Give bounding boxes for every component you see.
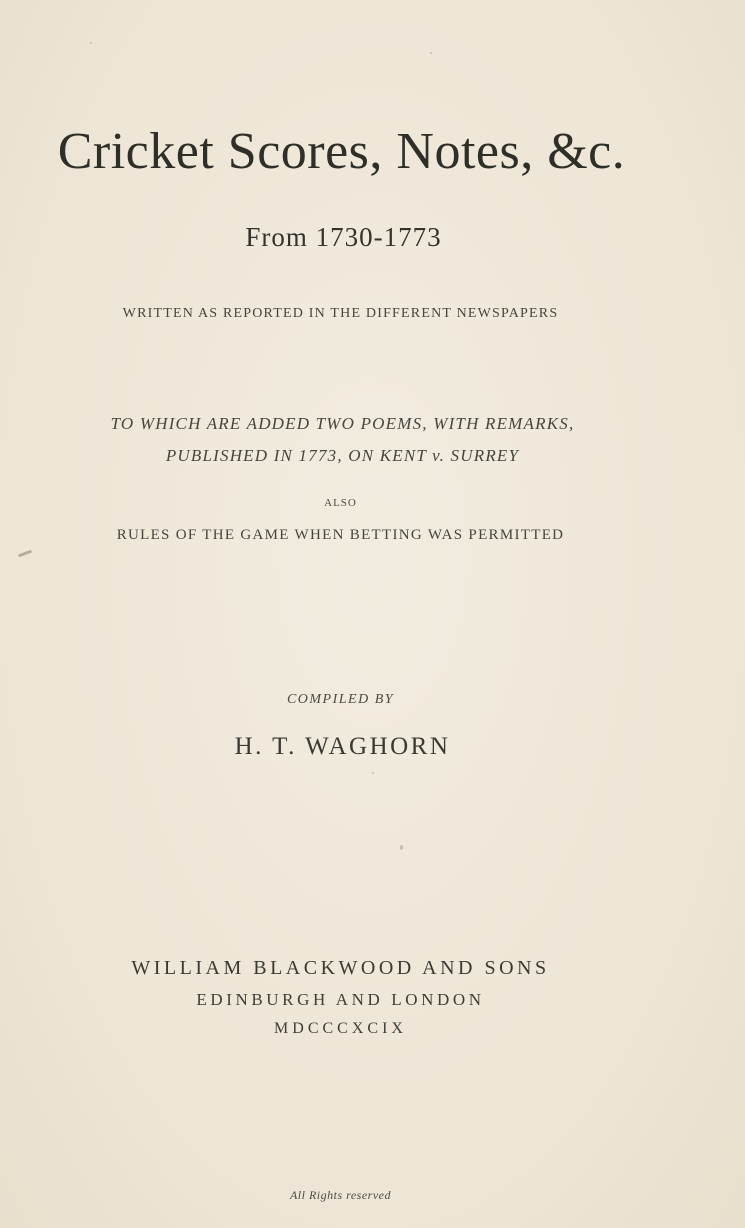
author-name: H. T. WAGHORN (0, 733, 715, 761)
publication-year: MDCCCXCIX (0, 1020, 713, 1038)
poems-line-1: TO WHICH ARE ADDED TWO POEMS, WITH REMAR… (0, 414, 715, 434)
paper-speck (18, 550, 32, 558)
date-range-subtitle: From 1730-1773 (0, 222, 716, 253)
rules-line: RULES OF THE GAME WHEN BETTING WAS PERMI… (0, 527, 713, 544)
title-page: Cricket Scores, Notes, &c. From 1730-177… (0, 0, 745, 1228)
description-line: WRITTEN AS REPORTED IN THE DIFFERENT NEW… (0, 306, 713, 322)
paper-speck (372, 772, 374, 774)
publisher-name: WILLIAM BLACKWOOD AND SONS (0, 957, 713, 980)
compiled-by-label: COMPILED BY (0, 692, 713, 708)
rights-notice: All Rights reserved (0, 1188, 713, 1203)
book-title: Cricket Scores, Notes, &c. (0, 122, 714, 181)
paper-speck (90, 42, 92, 44)
paper-speck (430, 52, 432, 54)
also-label: ALSO (0, 497, 713, 509)
publisher-cities: EDINBURGH AND LONDON (0, 990, 713, 1010)
paper-speck (400, 845, 403, 850)
poems-line-2: PUBLISHED IN 1773, ON KENT v. SURREY (0, 446, 715, 466)
